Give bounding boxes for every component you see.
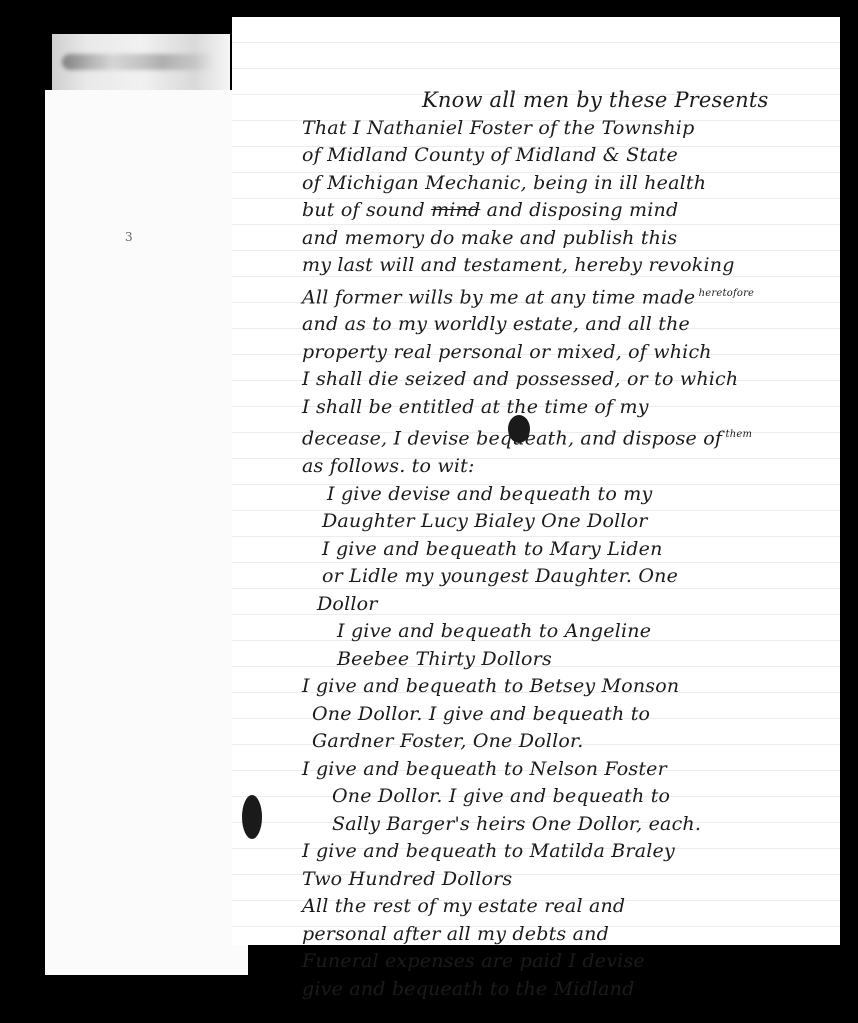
text-line: I give and bequeath to Angeline [302,618,832,646]
text-line: personal after all my debts and [302,921,832,949]
interlinear-insertion: them [722,429,752,440]
text-line: I give and bequeath to Mary Liden [302,536,832,564]
text-line: One Dollor. I give and bequeath to [302,701,832,729]
text-line: Know all men by these Presents [302,87,832,115]
text-line: and memory do make and publish this [302,225,832,253]
text-line: of Midland County of Midland & State [302,142,832,170]
text-line: of Michigan Mechanic, being in ill healt… [302,170,832,198]
text-line: All former wills by me at any time made … [302,280,832,312]
text-line: my last will and testament, hereby revok… [302,252,832,280]
text-line: Gardner Foster, One Dollor. [302,728,832,756]
text-line: Dollor [302,591,832,619]
text-line: I give and bequeath to Nelson Foster [302,756,832,784]
text-line: I shall die seized and possessed, or to … [302,366,832,394]
interlinear-insertion: heretofore [695,288,754,299]
will-text: Know all men by these PresentsThat I Nat… [302,87,832,1003]
struck-word: mind [431,199,480,221]
page-mark: 3 [125,230,133,244]
text-line: I give and bequeath to Matilda Braley [302,838,832,866]
text-line: but of sound mind and disposing mind [302,197,832,225]
text-line: Daughter Lucy Bialey One Dollor [302,508,832,536]
text-line: and as to my worldly estate, and all the [302,311,832,339]
text-line: That I Nathaniel Foster of the Township [302,115,832,143]
left-page-torn-tab [52,34,230,94]
text-line: decease, I devise bequeath, and dispose … [302,421,832,453]
ink-blot-margin [242,795,262,839]
text-line: Beebee Thirty Dollors [302,646,832,674]
text-line: Sally Barger's heirs One Dollor, each. [302,811,832,839]
text-line: Two Hundred Dollors [302,866,832,894]
left-page: 3 [45,90,248,975]
text-line: or Lidle my youngest Daughter. One [302,563,832,591]
text-line: Funeral expenses are paid I devise [302,948,832,976]
text-line: All the rest of my estate real and [302,893,832,921]
text-line: property real personal or mixed, of whic… [302,339,832,367]
text-line: I give and bequeath to Betsey Monson [302,673,832,701]
text-line: I shall be entitled at the time of my [302,394,832,422]
text-line: give and bequeath to the Midland [302,976,832,1004]
right-page: Know all men by these PresentsThat I Nat… [232,17,840,945]
smudge [62,54,212,70]
text-line: One Dollor. I give and bequeath to [302,783,832,811]
text-line: as follows. to wit: [302,453,832,481]
text-line: I give devise and bequeath to my [302,481,832,509]
